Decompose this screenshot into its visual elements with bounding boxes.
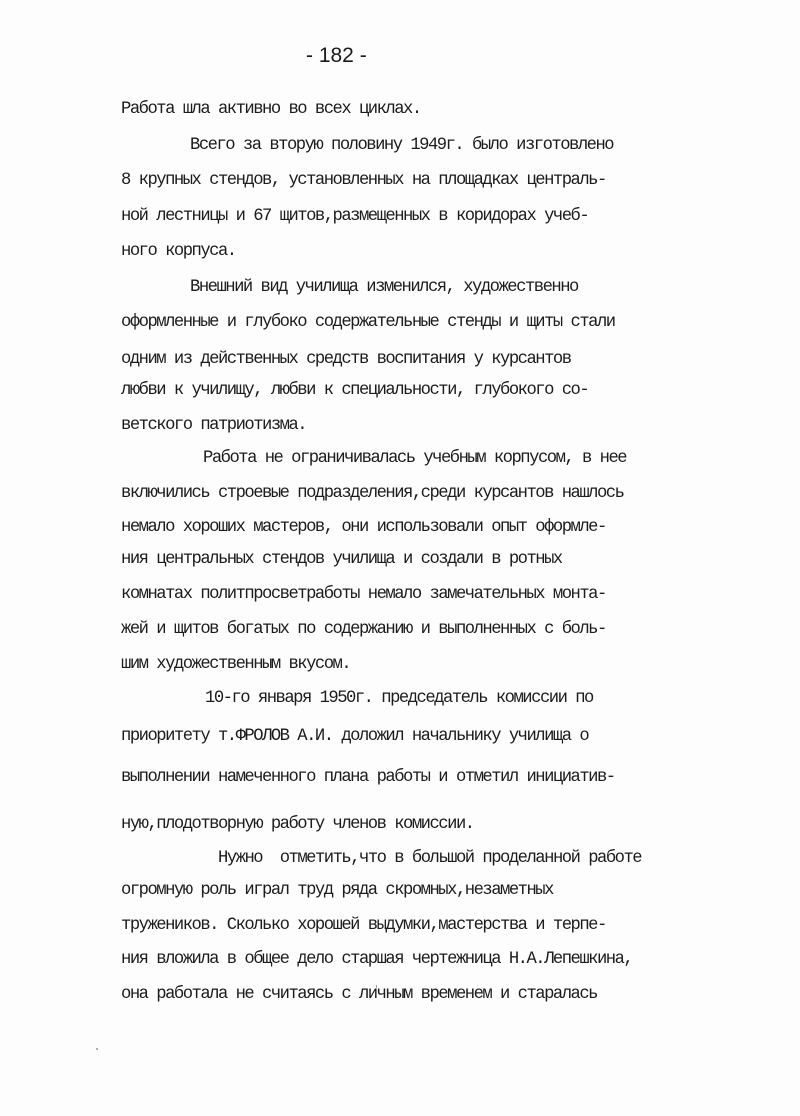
text-line: комнатах политпросветработы немало замеч… bbox=[121, 585, 606, 604]
text-line: ную,плодотворную работу членов комиссии. bbox=[121, 815, 474, 834]
text-line: немало хороших мастеров, они использовал… bbox=[121, 518, 606, 537]
text-line: Работа не ограничивалась учебным корпусо… bbox=[203, 449, 626, 468]
text-line: 10-го января 1950г. председатель комисси… bbox=[205, 689, 593, 708]
text-line: ного корпуса. bbox=[121, 242, 236, 261]
text-line: огромную роль играл труд ряда скромных,н… bbox=[121, 881, 553, 900]
text-line: Внешний вид училища изменился, художеств… bbox=[190, 278, 578, 297]
scan-speck bbox=[376, 985, 377, 988]
typewritten-page: - 182 - Работа шла активно во всех цикла… bbox=[0, 0, 800, 1116]
text-line: она работала не считаясь с личным времен… bbox=[121, 985, 597, 1004]
text-line: 8 крупных стендов, установленных на площ… bbox=[121, 171, 606, 190]
page-number: - 182 - bbox=[306, 44, 367, 68]
text-line: ной лестницы и 67 щитов,размещенных в ко… bbox=[121, 207, 588, 226]
text-line: Всего за вторую половину 1949г. было изг… bbox=[190, 136, 613, 155]
text-line: одним из действенных средств воспитания … bbox=[121, 350, 571, 369]
text-line: тружеников. Сколько хорошей выдумки,маст… bbox=[121, 916, 606, 935]
text-line: Работа шла активно во всех циклах. bbox=[121, 100, 421, 119]
text-line: включились строевые подразделения,среди … bbox=[121, 484, 623, 503]
text-line: ветского патриотизма. bbox=[121, 416, 306, 435]
text-line: Нужно отметить,что в большой проделанной… bbox=[218, 849, 641, 868]
text-line: ния центральных стендов училища и создал… bbox=[121, 550, 562, 569]
text-line: жей и щитов богатых по содержанию и выпо… bbox=[121, 620, 606, 639]
text-line: выполнении намеченного плана работы и от… bbox=[121, 768, 615, 787]
text-line: оформленные и глубоко содержательные сте… bbox=[121, 313, 615, 332]
text-line: ния вложила в общее дело старшая чертежн… bbox=[121, 950, 632, 969]
text-line: шим художественным вкусом. bbox=[121, 655, 350, 674]
text-line: любви к училищу, любви к специальности, … bbox=[121, 381, 588, 400]
text-line: приоритету т.ФРОЛОВ А.И. доложил начальн… bbox=[121, 727, 588, 746]
scan-speck bbox=[96, 1048, 98, 1050]
